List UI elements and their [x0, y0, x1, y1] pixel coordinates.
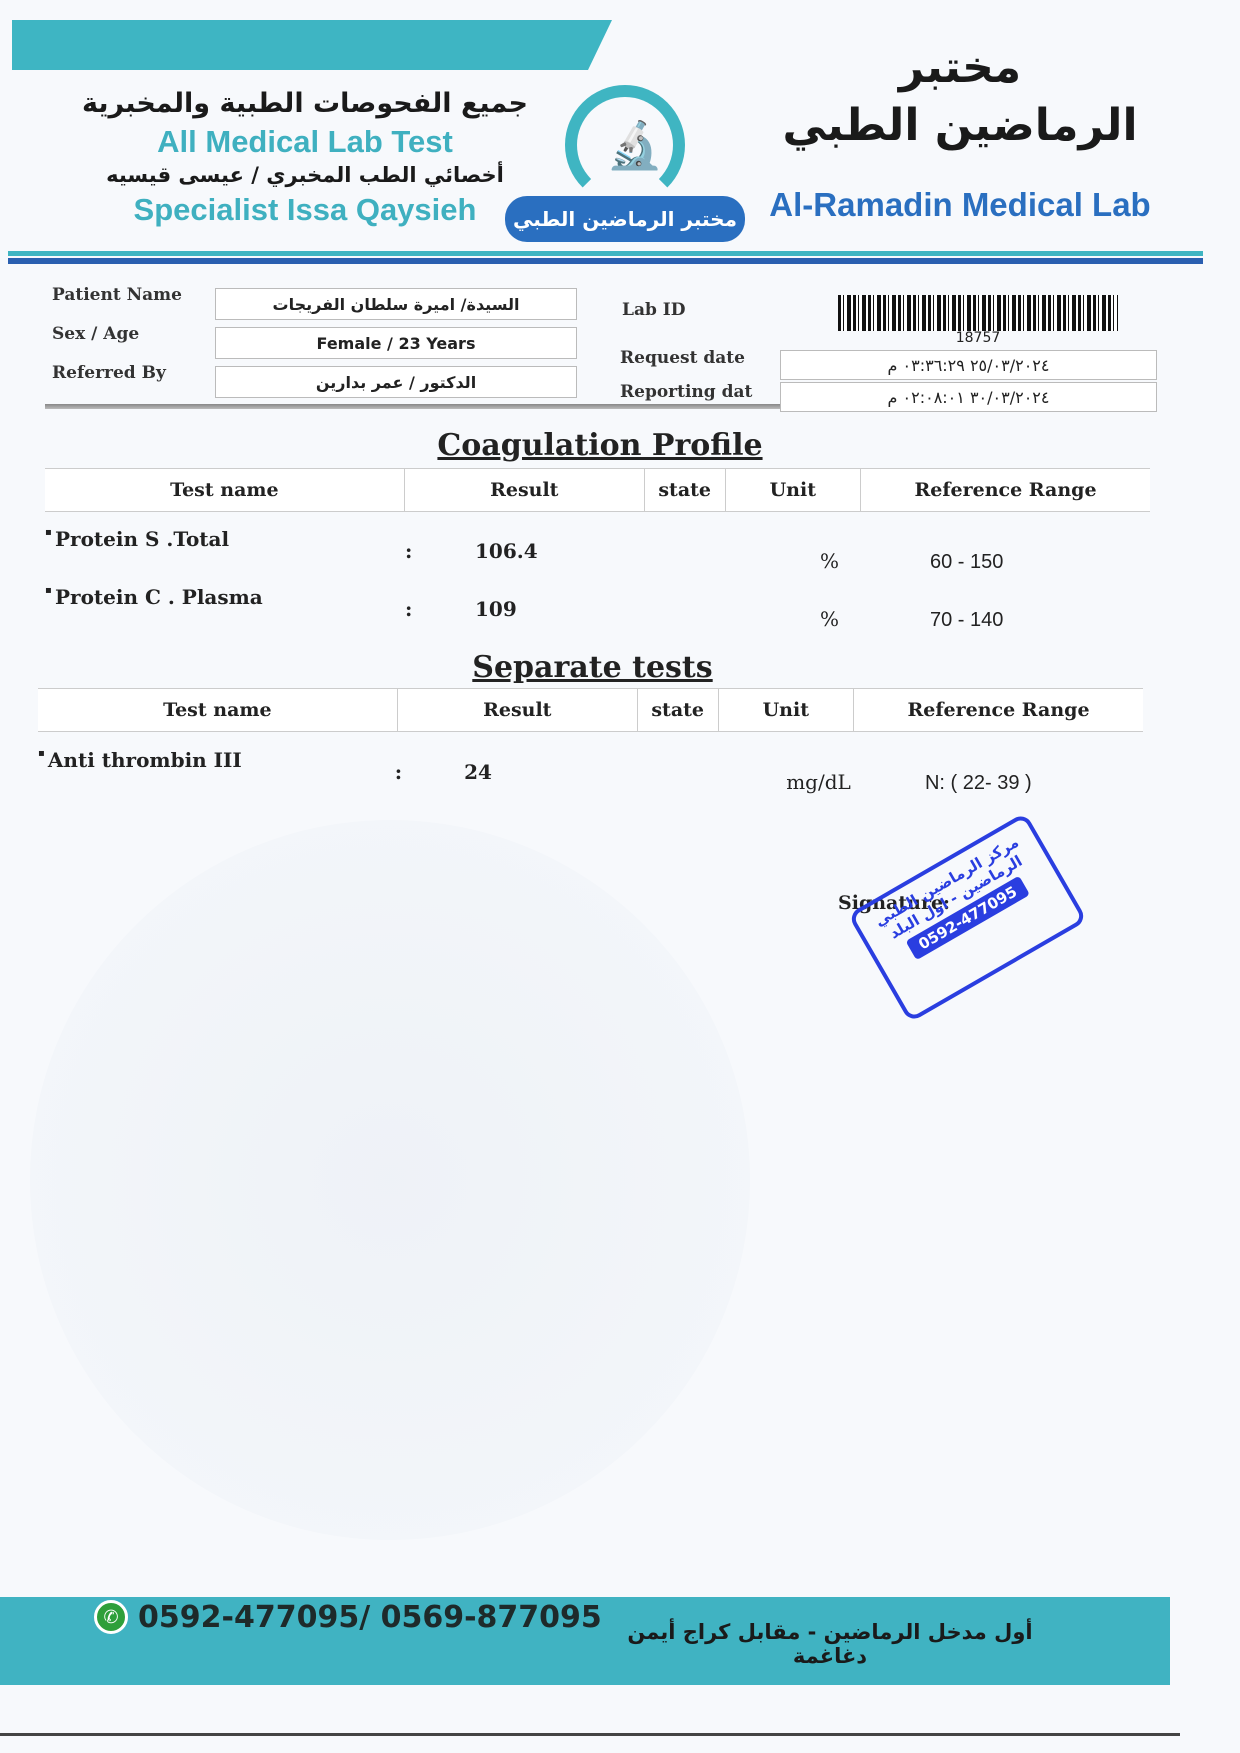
arabic-lab-name-line2: الرماضين الطبي	[760, 100, 1160, 151]
col-state: state	[637, 689, 718, 731]
test-unit: %	[820, 549, 930, 573]
row-separator: :	[395, 760, 464, 784]
test-name: Protein C . Plasma	[55, 585, 405, 609]
logo-pill: مختبر الرماضين الطبي	[505, 196, 745, 242]
section-title-separate-tests: Separate tests	[0, 650, 1185, 685]
row-bullet: ▪	[45, 527, 55, 538]
table-row: ▪ Protein S .Total : 106.4 % 60 - 150	[45, 527, 1150, 574]
col-result: Result	[404, 469, 644, 511]
arabic-services-text: جميع الفحوصات الطبية والمخبرية	[80, 88, 530, 119]
microscope-icon: 🔬	[606, 118, 663, 173]
col-unit: Unit	[725, 469, 861, 511]
footer-address: أول مدخل الرماضين - مقابل كراج أيمن دغاغ…	[600, 1620, 1060, 1668]
section-title-coagulation: Coagulation Profile	[0, 428, 1200, 463]
footer-phones: 0592-477095/ 0569-877095	[138, 1600, 602, 1635]
col-state: state	[644, 469, 725, 511]
test-reference-range: 70 - 140	[930, 609, 1150, 632]
english-specialist-text: Specialist Issa Qaysieh	[80, 192, 530, 228]
background-watermark	[30, 820, 750, 1540]
english-lab-name: Al-Ramadin Medical Lab	[760, 186, 1160, 224]
referred-by-label: Referred By	[52, 363, 166, 383]
reporting-date-label: Reporting dat	[620, 382, 752, 402]
test-name: Protein S .Total	[55, 527, 405, 551]
request-date-label: Request date	[620, 348, 745, 368]
lab-id-value: 18757	[838, 330, 1118, 346]
test-reference-range: 60 - 150	[930, 551, 1150, 574]
sex-age-value: Female / 23 Years	[215, 327, 577, 359]
test-reference-range: N: ( 22- 39 )	[925, 772, 1143, 795]
col-reference-range: Reference Range	[860, 469, 1150, 511]
row-bullet: ▪	[38, 748, 48, 759]
col-test-name: Test name	[45, 469, 404, 511]
col-test-name: Test name	[38, 689, 397, 731]
bottom-edge-line	[0, 1733, 1180, 1736]
patient-name-label: Patient Name	[52, 285, 182, 305]
col-reference-range: Reference Range	[853, 689, 1143, 731]
table-row: ▪ Anti thrombin III : 24 mg/dL N: ( 22- …	[38, 748, 1143, 795]
test-unit: mg/dL	[786, 770, 925, 794]
test-result: 106.4	[475, 539, 725, 563]
separate-table-header: Test name Result state Unit Reference Ra…	[38, 688, 1143, 732]
lab-stamp: مركز الرماضين الطبي الرماضين - اول البلد…	[847, 812, 1087, 1023]
row-bullet: ▪	[45, 585, 55, 596]
test-result: 24	[464, 760, 692, 784]
english-services-text: All Medical Lab Test	[80, 124, 530, 160]
test-result: 109	[475, 597, 725, 621]
lab-id-barcode	[838, 295, 1118, 331]
test-unit: %	[820, 607, 930, 631]
lab-id-label: Lab ID	[622, 300, 685, 320]
arabic-lab-name-line1: مختبر	[760, 42, 1160, 93]
request-date-value: ٢٥/٠٣/٢٠٢٤ ٠٣:٣٦:٢٩ م	[780, 350, 1157, 380]
header-teal-band	[12, 20, 612, 70]
referred-by-value: الدكتور / عمر بدارين	[215, 366, 577, 398]
header-rule-teal	[8, 251, 1203, 256]
header-rule-blue	[8, 258, 1203, 264]
coagulation-table-header: Test name Result state Unit Reference Ra…	[45, 468, 1150, 512]
arabic-specialist-text: أخصائي الطب المخبري / عيسى قيسيه	[80, 163, 530, 187]
row-separator: :	[405, 539, 475, 563]
col-result: Result	[397, 689, 637, 731]
whatsapp-icon: ✆	[94, 1600, 128, 1634]
patient-name-value: السيدة/ اميرة سلطان الفريجات	[215, 288, 577, 320]
sex-age-label: Sex / Age	[52, 324, 139, 344]
col-unit: Unit	[718, 689, 854, 731]
test-name: Anti thrombin III	[48, 748, 395, 772]
reporting-date-value: ٣٠/٠٣/٢٠٢٤ ٠٢:٠٨:٠١ م	[780, 382, 1157, 412]
row-separator: :	[405, 597, 475, 621]
table-row: ▪ Protein C . Plasma : 109 % 70 - 140	[45, 585, 1150, 632]
